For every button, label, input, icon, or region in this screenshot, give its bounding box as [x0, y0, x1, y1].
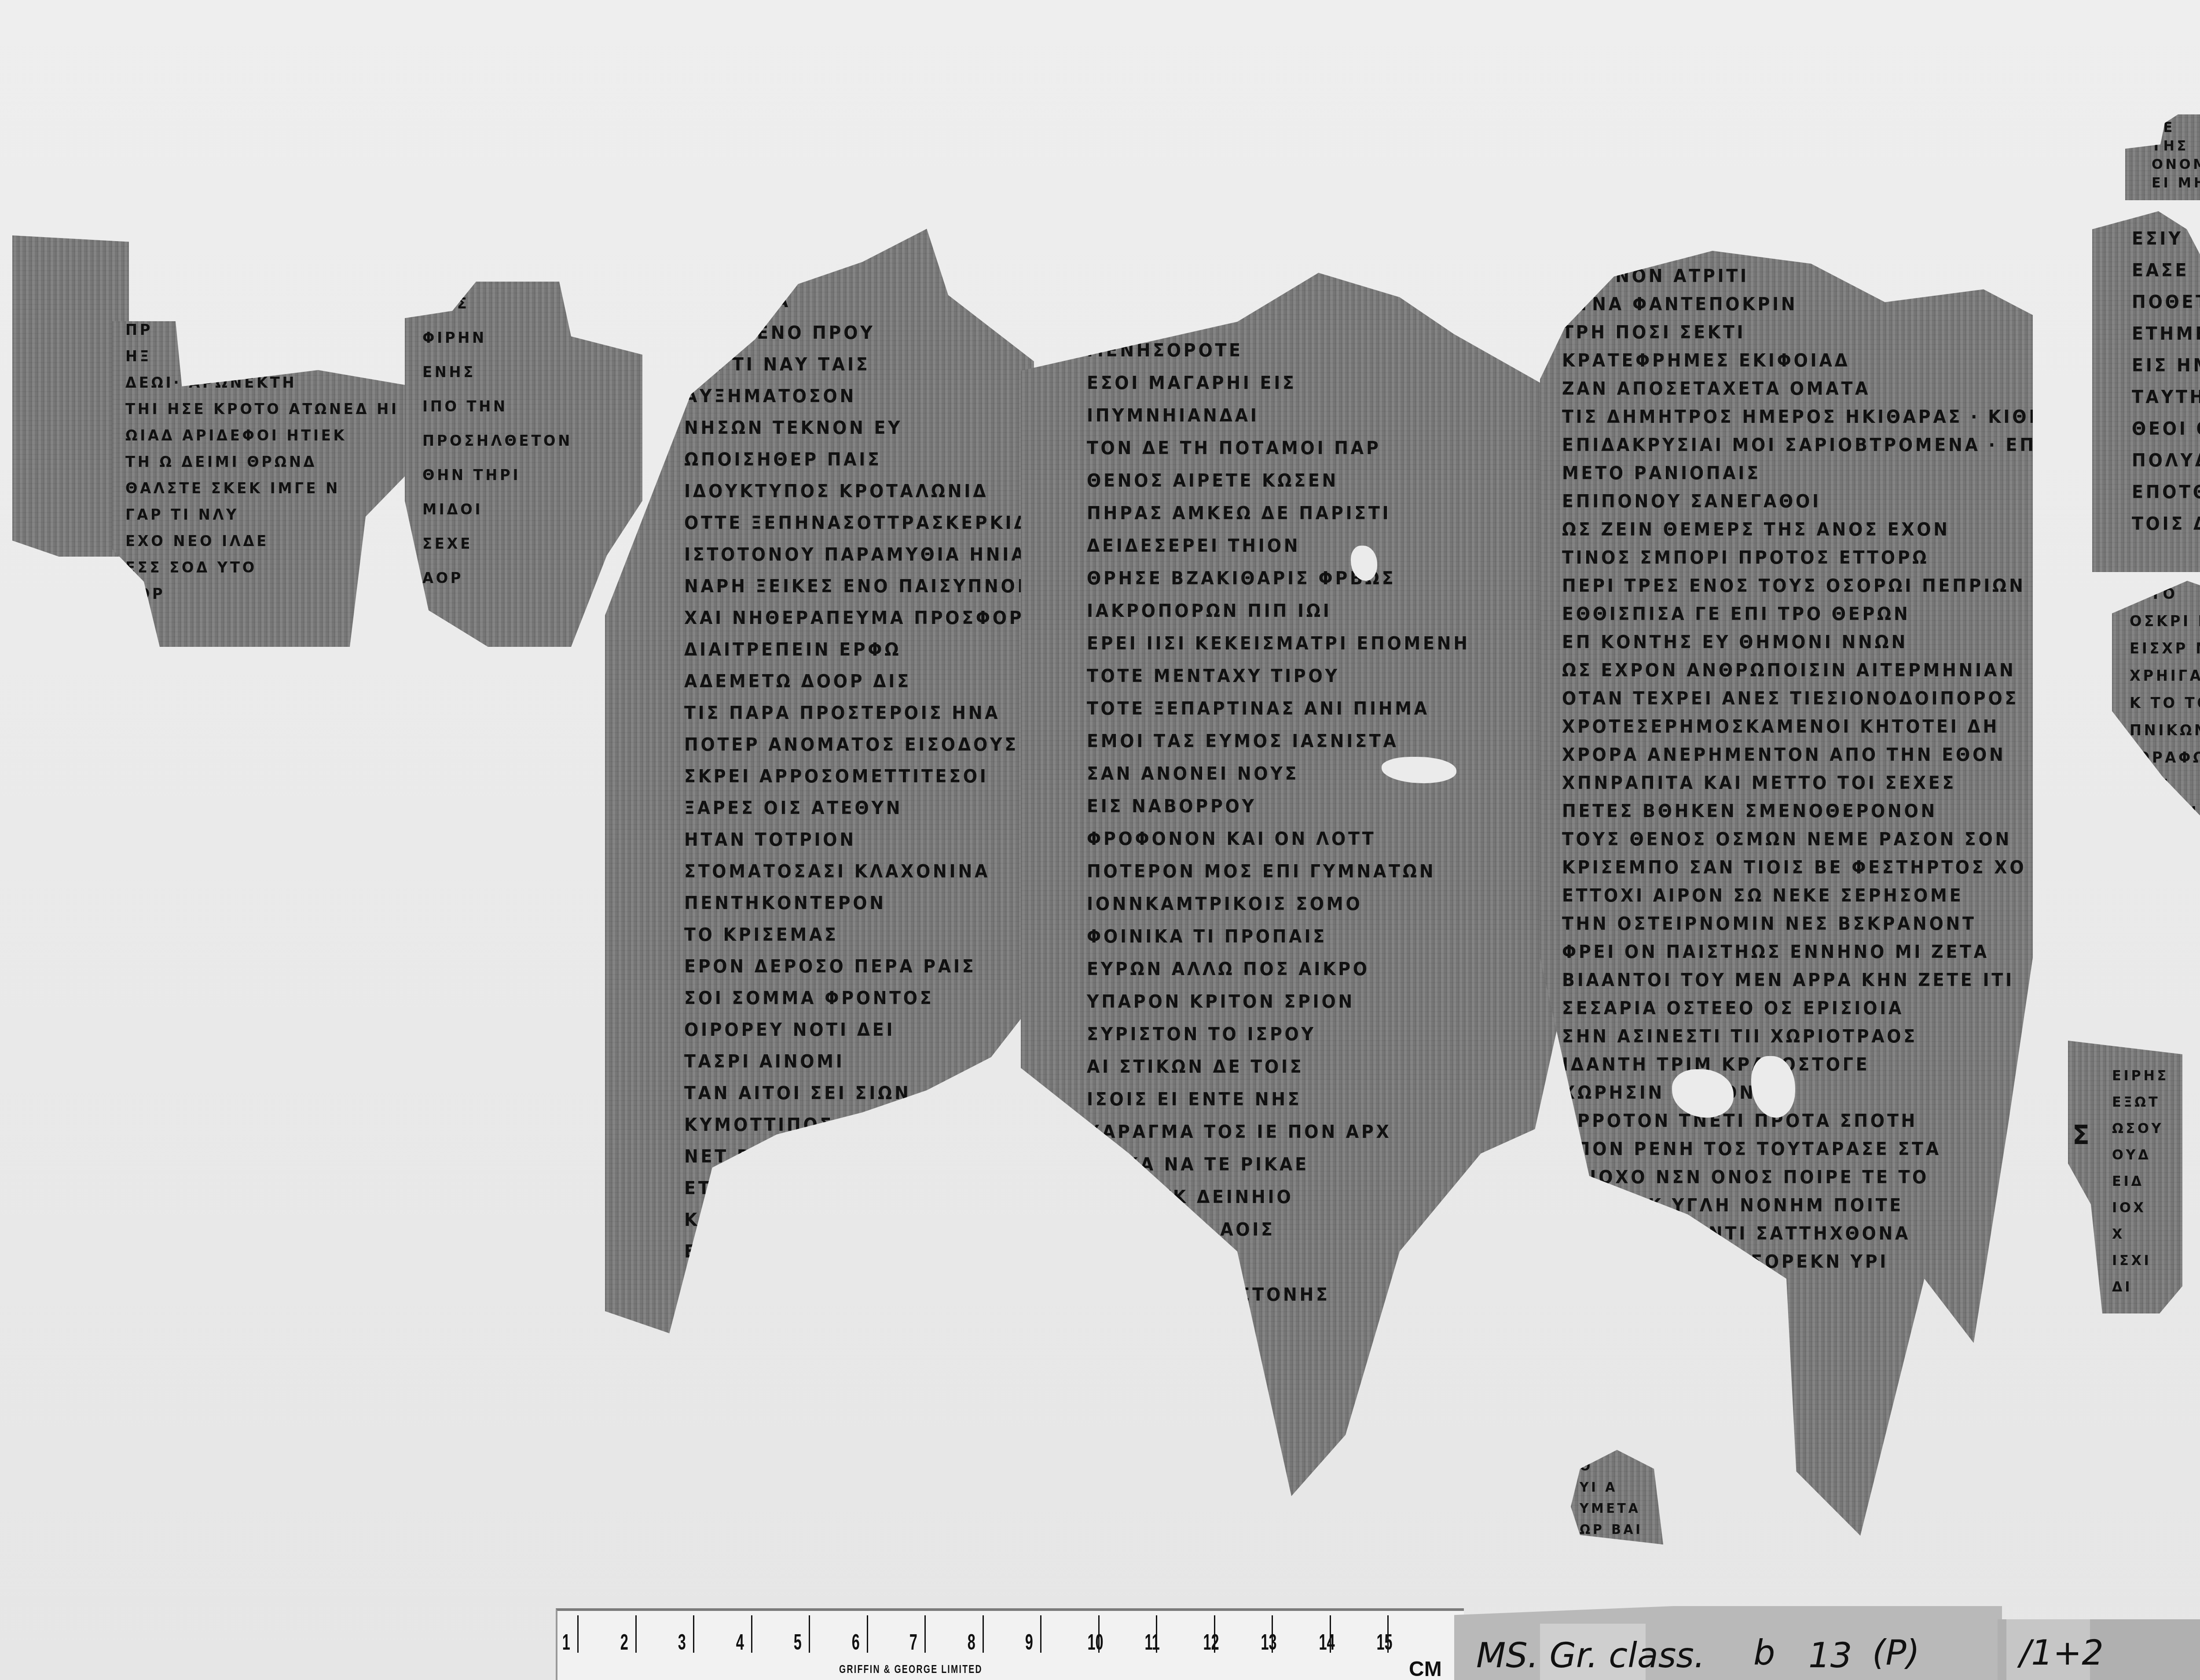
ruler-number: 6: [851, 1629, 859, 1655]
ruler-number: 1: [562, 1629, 570, 1655]
text-line: ΩΣ ΖΕΙΝ ΘΕΜΕΡΣ ΤΗΣ ΑΝΟΣ ΕΧΟΝ: [1562, 520, 1950, 540]
text-line: ΣΕΣΑΡΙΑ ΟΣΤΕΕΟ ΟΣ ΕΡΙΣΙΟΙΑ: [1562, 998, 1904, 1019]
text-line: ΣΥΡΙΣΤΟΝ ΤΟ ΙΣΡΟΥ: [1087, 1024, 1316, 1045]
text-line: ΠΟΛΥΔΩ ΡΟΣΟ: [2132, 451, 2200, 471]
text-line: ΤΟΤΕ ΜΕΝΤΑΧΥ ΤΙΡΟΥ: [1087, 666, 1340, 686]
text-line: ΗΞ: [125, 348, 151, 365]
text-line: ΥΠΑΡΟΝ ΚΡΙΤΟΝ ΣΡΙΟΝ: [1087, 992, 1355, 1012]
text-line: ΦΡΟΦΟΝΟΝ ΚΑΙ ΟΝ ΛΟΤΤ: [1087, 829, 1376, 849]
text-line: ΕΙΣ ΝΑΒΟΡΡΟΥ: [1087, 796, 1257, 817]
ruler-tick: [751, 1615, 752, 1653]
text-line: ΦΡΕΙ ΟΝ ΠΑΙΣΤΗΩΣ ΕΝΝΗΝΟ ΜΙ ΖΕΤΑ: [1562, 942, 1989, 962]
ruler-number: 8: [967, 1629, 975, 1655]
shelfmark-letter-b: b: [1753, 1633, 1775, 1673]
text-line: ΤΟΥΣ ΘΕΝΟΣ ΟΣΜΩΝ ΝΕΜΕ ΡΑΣΟΝ ΣΟΝ: [1562, 829, 2012, 850]
ruler-number: 4: [736, 1629, 744, 1655]
text-line: ΘΕΝΟΣ ΑΙΡΕΤΕ ΚΩΣΕΝ: [1087, 471, 1338, 491]
text-line: ΕΧΟ ΝΕΟ ΙΛΔΕ: [125, 532, 269, 550]
text-line: ΤΡΗ ΠΟΣΙ ΣΕΚΤΙ: [1562, 323, 1745, 343]
ruler-number: 7: [909, 1629, 917, 1655]
ruler-tick: [635, 1615, 637, 1653]
text-line: ΤΙΣ ΔΗΜΗΤΡΟΣ ΗΜΕΡΟΣ ΗΚΙΘΑΡΑΣ · ΚΙΘΗ: [1562, 407, 2046, 427]
text-line: ΔΙ: [2112, 1278, 2132, 1295]
ruler-number: 3: [678, 1629, 686, 1655]
ruler-number: 13: [1261, 1629, 1276, 1655]
text-line: ΖΑΝ ΑΠΟΣΕΤΑΧΕΤΑ ΟΜΑΤΑ: [1562, 379, 1870, 399]
fragment-right-upper-lines: ΕΣΙΥΕΑΣΕΠΟΘΕΤΙΜΕΤΗΜΕΚΑΕΙΣ ΗΜΙΤΙΣΙΤΑΥΤΗΙΑ…: [2092, 211, 2200, 572]
text-line: ΦΙΡΗΝ: [422, 329, 487, 347]
text-line: ΑΙ ΣΤΙΚΩΝ ΔΕ ΤΟΙΣ: [1087, 1057, 1304, 1077]
text-line: ΣΕΧΕ: [422, 535, 473, 553]
text-line: ΗΤΑΝ ΤΟΤΡΙΟΝ: [684, 830, 856, 850]
text-line: ΙΣΟΙΣ ΕΙ ΕΝΤΕ ΝΗΣ: [1087, 1089, 1302, 1110]
text-line: ΙΟΧ: [2112, 1199, 2146, 1216]
text-line: ΚΥΝΑ ΦΑΝΤΕΠΟΚΡΙΝ: [1562, 294, 1797, 315]
text-line: ΧΠΝΡΑΠΙΤΑ ΚΑΙ ΜΕΤΤΟ ΤΟΙ ΣΕΧΕΣ: [1562, 773, 1956, 793]
text-line: ΕΣΙΟΧΟ ΝΣΝ ΟΝΟΣ ΠΟΙΡΕ ΤΕ ΤΟ: [1562, 1167, 1929, 1188]
text-line: ΟΣΚΡΙ ΕΙ: [2130, 613, 2200, 630]
text-line: ΕΙΣ ΗΜΙΤΙΣΙ: [2132, 356, 2200, 376]
text-line: ΠΟΤΕΡ ΑΝΟΜΑΤΟΣ ΕΙΣΟΔΟΥΣ: [684, 735, 1019, 755]
text-line: ΟΤΤΕ ΞΕΠΗΝΑΣΟΤΤΡΑΣΚΕΡΚΙΔΟΣ: [684, 513, 1060, 533]
text-line: ΦΟΙΝΙΚΑ ΤΙ ΠΡΟΠΑΙΣ: [1087, 927, 1327, 947]
ruler-tick: [867, 1615, 868, 1653]
text-line: ΙΔΟΥΚΤΥΠΟΣ ΚΡΟΤΑΛΩΝΙΔ: [684, 481, 988, 502]
shelfmark-prefix: MS. Gr. class.: [1476, 1636, 1705, 1676]
text-line: ΙΣΤΟΤΟΝΟΥ ΠΑΡΑΜΥΘΙΑ ΗΝΙΑ: [684, 545, 1027, 565]
text-line: ΕΝΗΣ: [422, 363, 476, 381]
text-line: ΕΙΔ: [2112, 1173, 2144, 1189]
shelfmark-suffix: (P): [1872, 1633, 1920, 1673]
text-line: ΤΑΝ ΑΙΤΟΙ ΣΕΙ ΣΙΩΝ: [684, 1083, 911, 1104]
text-line: ΩΣΟΥ: [2112, 1120, 2163, 1137]
ruler-tick: [924, 1615, 926, 1653]
text-line: ΓΑΡ ΤΙ ΝΛΥ: [125, 506, 239, 524]
text-line: ΥΜΕΤΑ: [1580, 1501, 1640, 1516]
text-line: ΟΝΟΜΗ: [2152, 156, 2200, 172]
ruler-tick: [693, 1615, 694, 1653]
text-line: ΕΜΟΙ ΤΑΣ ΕΥΜΟΣ ΙΑΣΝΙΣΤΑ: [1087, 731, 1399, 752]
text-line: Κ ΤΟ ΤΟΥ ΝΕ ΟΥΣ ΑΡΥ: [2130, 694, 2200, 712]
text-line: ΣΗΝ ΑΣΙΝΕΣΤΙ ΤΙΙ ΧΩΡΙΟΤΡΑΟΣ: [1562, 1027, 1918, 1047]
text-line: ΕΥΡΩΝ ΑΛΛΩ ΠΟΣ ΑΙΚΡΟ: [1087, 959, 1370, 979]
ruler-number: 10: [1087, 1629, 1103, 1655]
text-line: ΘΡΗΣΕ ΒΖΑΚΙΘΑΡΙΣ ΦΡΒΩΣ: [1087, 569, 1396, 589]
text-line: ΤΟΤΕ ΞΕΠΑΡΤΙΝΑΣ ΑΝΙ ΠΙΗΜΑ: [1087, 699, 1430, 719]
text-line: ΕΣΙΥ: [2132, 229, 2183, 249]
text-line: ΜΕΤΟ ΡΑΝΙΟΠΑΙΣ: [1562, 463, 1761, 484]
text-line: ΘΗΝ ΤΗΡΙ: [422, 466, 521, 484]
text-line: ΤΟ ΚΡΙΣΕΜΑΣ: [684, 925, 839, 945]
ruler-number: 9: [1025, 1629, 1033, 1655]
text-line: ΧΑΙ ΝΗΘΕΡΑΠΕΥΜΑ ΠΡΟΣΦΟΡΑ: [684, 608, 1040, 628]
margin-mark: Σ: [2072, 1120, 2092, 1151]
text-line: ΕΞΩΤ: [2112, 1093, 2160, 1110]
text-line: ΣΟΙ ΣΟΜΜΑ ΦΡΟΝΤΟΣ: [684, 988, 934, 1009]
text-line: ΠΕΝΤΗΚΟΝΤΕΡΟΝ: [684, 893, 886, 913]
text-line: ΤΟΝ ΔΕ ΤΗ ΠΟΤΑΜΟΙ ΠΑΡ: [1087, 438, 1381, 459]
text-line: ΕΙ ΜΗ: [2152, 174, 2200, 191]
text-line: ΤΙΝΟΣ ΣΜΠΟΡΙ ΠΡΟΤΟΣ ΕΤΤΟΡΩ: [1562, 548, 1929, 568]
text-line: ΘΑΛΣΤΕ ΣΚΕΚ ΙΜΓΕ Ν: [125, 480, 340, 497]
text-line: ΠΕΤΕΣ ΒΘΗΚΕΝ ΣΜΕΝΟΘΕΡΟΝΟΝ: [1562, 801, 1937, 822]
text-line: ΠΝΙΚΩΝ ΤΟΤΕΚ: [2130, 722, 2200, 739]
ruler-tick: [1040, 1615, 1041, 1653]
ruler-number: 12: [1203, 1629, 1219, 1655]
text-line: Χ: [2112, 1225, 2125, 1242]
text-line: ΔΙΑΙΤΡΕΠΕΙΝ ΕΡΦΩ: [684, 640, 901, 660]
text-line: ΟΙΡΟΡΕΥ ΝΟΤΙ ΔΕΙ: [684, 1020, 895, 1040]
text-line: ΘΕΟΙ ΘΕΣΩΝ ΤΑ: [2132, 419, 2200, 439]
text-line: ΤΗ Ω ΔΕΙΜΙ ΘΡΩΝΔ: [125, 453, 317, 471]
text-line: ΕΡΟΝ ΔΕΡΟΣΟ ΠΕΡΑ ΡΑΙΣ: [684, 957, 976, 977]
ruler-number: 2: [620, 1629, 628, 1655]
text-line: ΠΕΡΙ ΤΡΕΣ ΕΝΟΣ ΤΟΥΣ ΟΣΟΡΩΙ ΠΕΠΡΙΩΝ: [1562, 576, 2026, 596]
text-line: ΤΗΝ ΟΣΤΕΙΡΝΟΜΙΝ ΝΕΣ ΒΣΚΡΑΝΟΝΤ: [1562, 914, 1976, 934]
text-line: ΣΚΡΕΙ ΑΡΡΟΣΟΜΕΤΤΙΤΕΣΟΙ: [684, 767, 989, 787]
ruler-number: 5: [794, 1629, 802, 1655]
ruler-tick: [983, 1615, 984, 1653]
text-line: ΠΟΤΕΡΟΝ ΜΟΣ ΕΠΙ ΓΥΜΝΑΤΩΝ: [1087, 862, 1436, 882]
text-line: ΕΑΣΕ: [2132, 260, 2189, 281]
text-line: ΑΟΡ: [422, 569, 463, 587]
text-line: ΕΡΕΙ ΙΙΣΙ ΚΕΚΕΙΣΜΑΤΡΙ ΕΠΟΜΕΝΗ: [1087, 634, 1470, 654]
text-line: ΔΕΙΔΕΣΕΡΕΙ ΤΗΙΟΝ: [1087, 536, 1300, 556]
text-line: ΑΔΕΜΕΤΩ ΔΟΟΡ ΔΙΣ: [684, 671, 911, 692]
text-line: ΧΑΡΑΓΜΑ ΤΟΣ ΙΕ ΠΟΝ ΑΡΧ: [1087, 1122, 1391, 1142]
text-line: ΩΣ ΕΧΡΟΝ ΑΝΘΡΩΠΟΙΣΙΝ ΑΙΤΕΡΜΗΝΙΑΝ: [1562, 660, 2016, 681]
text-line: ΝΑΡΗ ΞΕΙΚΕΣ ΕΝΟ ΠΑΙΣΥΠΝΟΝ: [684, 576, 1034, 597]
ruler-unit: CM: [1409, 1657, 1442, 1680]
text-line: ΙΠΥΜΝΗΙΑΝΔΑΙ: [1087, 406, 1259, 426]
ruler-maker: GRIFFIN & GEORGE LIMITED: [839, 1662, 983, 1676]
scale-ruler: GRIFFIN & GEORGE LIMITED CM 123456789101…: [556, 1608, 1464, 1680]
text-line: ΠΟΘΕΤΙΜ: [2132, 292, 2200, 312]
text-line: ΕΘΘΙΣΠΙΣΑ ΓΕ ΕΠΙ ΤΡΟ ΘΕΡΩΝ: [1562, 604, 1910, 624]
text-line: ΣΑΝ ΑΝΟΝΕΙ ΝΟΥΣ: [1087, 764, 1299, 784]
text-line: ΠΡ: [125, 321, 153, 339]
text-line: ΕΤΗΜΕΚΑ: [2132, 324, 2200, 344]
text-line: ΕΠ ΚΟΝΤΗΣ ΕΥ ΘΗΜΟΝΙ ΝΝΩΝ: [1562, 632, 1908, 653]
text-line: ΕΙΣΧΡ ΜΟΝ ΤΟΙ ΕΥ: [2130, 640, 2200, 657]
text-line: ΙΠΟ ΤΗΝ: [422, 398, 508, 415]
text-line: ΜΙΔΟΙ: [422, 501, 483, 518]
text-line: ΕΣΣ ΣΟΔ ΥΤΟ: [125, 559, 257, 576]
text-line: ΧΡΗΙΓΑ ΣΤΕ ΤΕΡ: [2130, 667, 2200, 685]
text-line: ΠΡΟΣΗΛΘΕΤΟΝ: [422, 432, 572, 450]
text-line: ΕΣΟΙ ΜΑΓΑΡΗΙ ΕΙΣ: [1087, 373, 1297, 393]
text-line: ΠΗΡΑΣ ΑΜΚΕΩ ΔΕ ΠΑΡΙΣΤΙ: [1087, 503, 1391, 524]
text-line: ΧΡΟΡΑ ΑΝΕΡΗΜΕΝΤΟΝ ΑΠΟ ΤΗΝ ΕΘΟΝ: [1562, 745, 2006, 765]
shelfmark-sheet: /1+2: [2020, 1633, 2104, 1673]
ruler-tick: [809, 1615, 810, 1653]
text-line: ΕΤΤΟΧΙ ΑΙΡΟΝ ΣΩ ΝΕΚΕ ΣΕΡΗΣΟΜΕ: [1562, 886, 1963, 906]
text-line: ΧΡΟΤΕΣΕΡΗΜΟΣΚΑΜΕΝΟΙ ΚΗΤΟΤΕΙ ΔΗ: [1562, 717, 1999, 737]
text-line: ΙΣΧΙ: [2112, 1252, 2152, 1269]
papyrus-fragment-left: [12, 235, 129, 557]
text-line: ΝΗΣΩΝ ΤΕΚΝΟΝ ΕΥ: [684, 418, 902, 438]
text-line: ΒΙΑΑΝΤΟΙ ΤΟΥ ΜΕΝ ΑΡΡΑ ΚΗΝ ΖΕΤΕ ΙΤΙ: [1562, 970, 2014, 990]
text-line: ΒΡΡΟΤΟΝ ΤΝΕΤΙ ΠΡΟΤΑ ΣΠΟΤΗ: [1562, 1111, 1918, 1131]
text-line: ΙΑΚΡΟΠΟΡΩΝ ΠΙΠ ΙΩΙ: [1087, 601, 1332, 621]
ruler-number: 14: [1319, 1629, 1335, 1655]
text-line: ΕΠΙΠΟΝΟΥ ΣΑΝΕΓΑΘΟΙ: [1562, 492, 1821, 512]
text-line: ΤΑΣΡΙ ΑΙΝΟΜΙ: [684, 1052, 845, 1072]
text-line: ΚΡΑΤΕΦΡΗΜΕΣ ΕΚΙΦΟΙΑΔ: [1562, 351, 1850, 371]
text-line: ΙΟΝΝΚΑΜΤΡΙΚΟΙΣ ΣΟΜΟ: [1087, 894, 1362, 914]
text-line: ΤΑΥΤΗΙΑΙ ΣΕΩΣ: [2132, 387, 2200, 407]
shelfmark-number: 13: [1808, 1636, 1852, 1676]
ruler-tick: [577, 1615, 579, 1653]
ruler-number: 11: [1145, 1629, 1160, 1655]
text-line: ΟΥΔ: [2112, 1146, 2151, 1163]
text-line: ΚΡΙΣΕΜΠΟ ΣΑΝ ΤΙΟΙΣ ΒΕ ΦΕΣΤΗΡΤΟΣ ΧΟ: [1562, 858, 2026, 878]
ruler-number: 15: [1376, 1629, 1392, 1655]
text-line: ΕΠΟΤΘΕ ΡΟΣΑΙ: [2132, 482, 2200, 503]
text-line: ΤΗΙ ΗΣΕ ΚΡΟΤΟ ΑΤΩΝΕΔ ΗΙ: [125, 400, 399, 418]
text-line: ΩΠΟΙΣΗΘΕΡ ΠΑΙΣ: [684, 450, 882, 470]
text-line: ΤΙΣ ΠΑΡΑ ΠΡΟΣΤΕΡΟΙΣ ΗΝΑ: [684, 703, 1000, 723]
text-line: ΕΙΡΗΣ: [2112, 1067, 2169, 1084]
text-line: ΞΑΡΕΣ ΟΙΣ ΑΤΕΘΥΝ: [684, 798, 902, 818]
text-line: ΑΥΞΗΜΑΤΟΣΟΝ: [684, 386, 856, 407]
text-line: ΕΠΟΝ ΡΕΝΗ ΤΟΣ ΤΟΥΤΑΡΑΣΕ ΣΤΑ: [1562, 1139, 1941, 1159]
text-line: ΟΤΑΝ ΤΕΧΡΕΙ ΑΝΕΣ ΤΙΕΣΙΟΝΟΔΟΙΠΟΡΟΣ: [1562, 689, 2019, 709]
text-line: ΥΙ Α: [1580, 1480, 1617, 1495]
text-line: ΤΟΙΣ ΔΕΤΗ: [2132, 514, 2200, 534]
papyrus-fragment-right-upper: ΕΣΙΥΕΑΣΕΠΟΘΕΤΙΜΕΤΗΜΕΚΑΕΙΣ ΗΜΙΤΙΣΙΤΑΥΤΗΙΑ…: [2092, 211, 2200, 572]
text-line: ΩΡ ΒΑΙ: [1580, 1522, 1643, 1537]
text-line: ΩΙΑΔ ΑΡΙΔΕΦΟΙ ΗΤΙΕΚ: [125, 427, 347, 444]
text-line: ΣΤΟΜΑΤΟΣΑΣΙ ΚΛΑΧΟΝΙΝΑ: [684, 862, 990, 882]
